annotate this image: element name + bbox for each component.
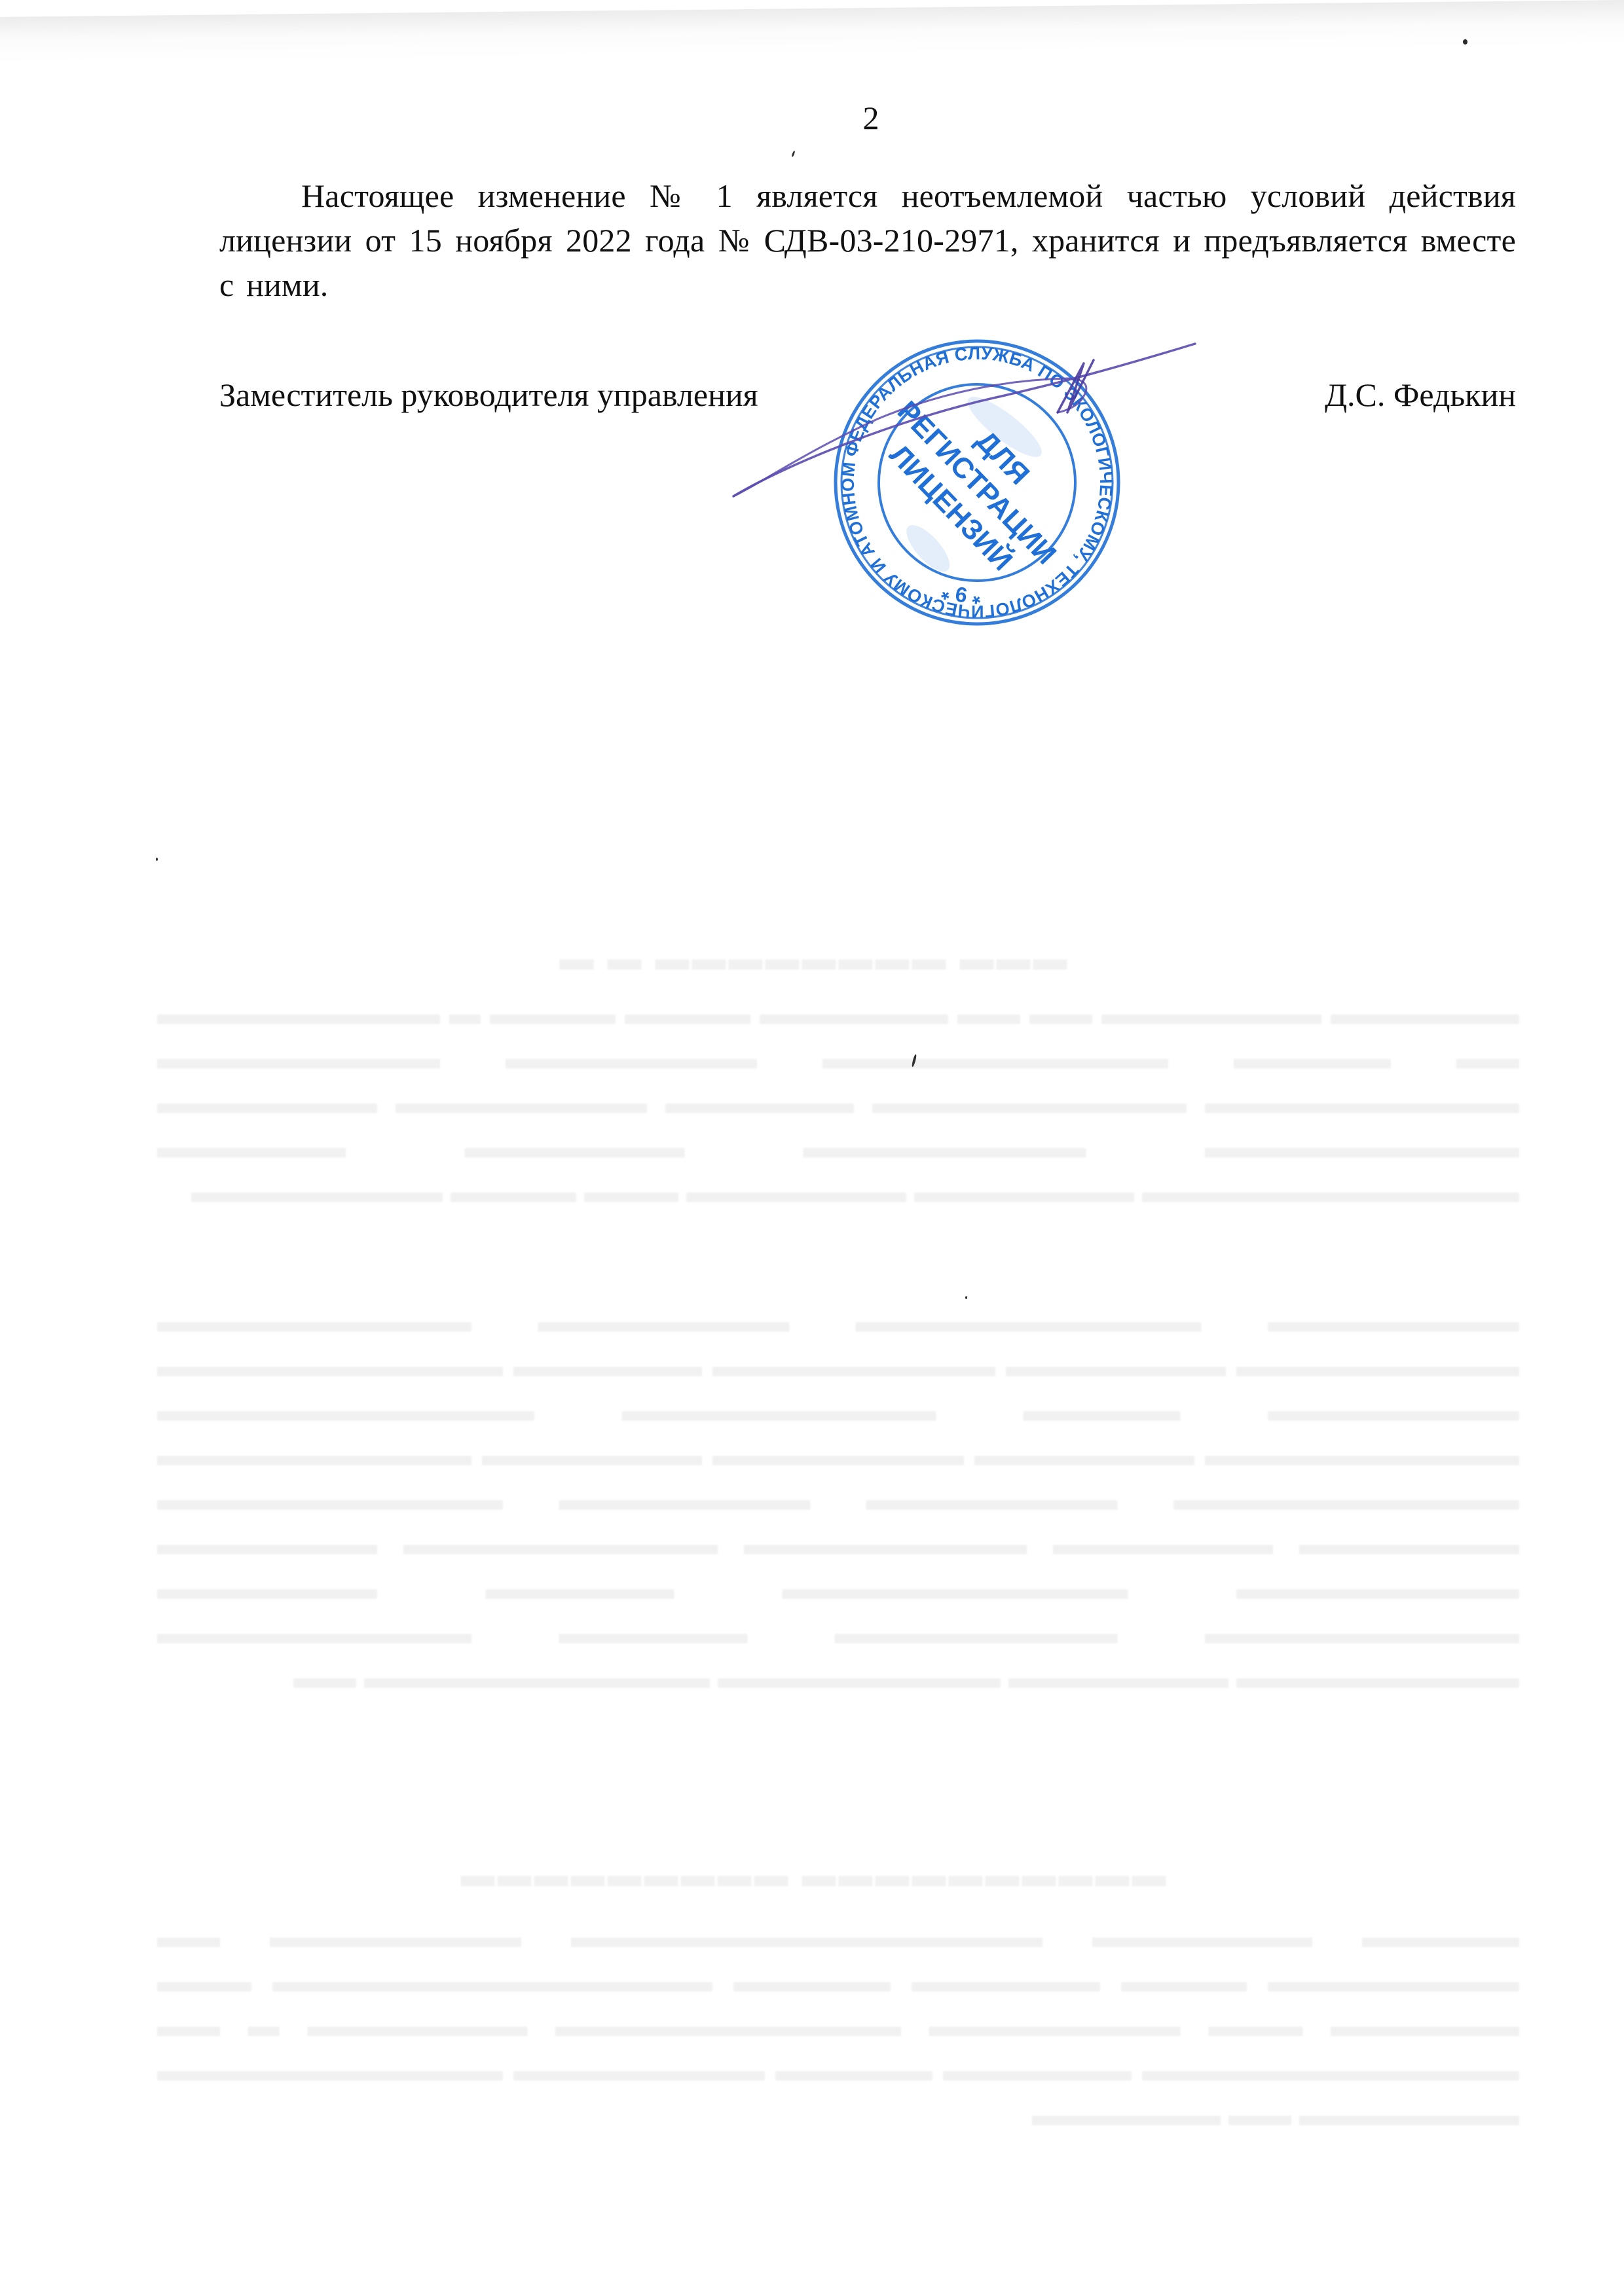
bleed-through-block: ▬▬▬▬▬▬ ▬▬▬▬▬▬▬ ▬▬ ▬▬ ▬▬▬▬▬▬ ▬▬▬▬ ▬▬▬▬ ▬ … — [157, 992, 1519, 1214]
scan-speck — [1463, 39, 1467, 45]
signer-name: Д.С. Федькин — [1325, 372, 1516, 418]
scan-speck — [911, 1054, 917, 1067]
bleed-through-heading: ▬▬▬▬▬▬▬▬▬▬ ▬▬▬▬▬▬▬▬▬ — [0, 1856, 1624, 1895]
page-number: 2 — [0, 98, 1624, 137]
scan-speck — [965, 1296, 967, 1299]
document-page: ▬▬▬ ▬▬▬▬▬▬▬▬ ▬ ▬ ▬▬▬▬▬▬ ▬▬▬▬▬▬▬ ▬▬ ▬▬ ▬▬… — [0, 0, 1624, 2296]
bleed-through-block: ▬▬▬▬▬▬▬▬ ▬▬▬▬▬▬▬▬▬▬▬ ▬▬▬▬▬▬▬▬ ▬▬▬▬▬▬▬▬▬▬… — [157, 1300, 1519, 1700]
bleed-through-heading: ▬▬▬ ▬▬▬▬▬▬▬▬ ▬ ▬ — [0, 939, 1624, 978]
bleed-through-block: ▬▬▬▬▬ ▬▬▬▬▬▬▬ ▬▬▬▬▬▬▬▬▬▬▬▬▬▬▬ ▬▬▬▬▬▬▬▬ ▬… — [157, 1915, 1519, 2138]
scan-shadow — [0, 0, 1624, 63]
scan-speck — [791, 151, 795, 157]
registration-stamp: ФЕДЕРАЛЬНАЯ СЛУЖБА ПО ЭКОЛОГИЧЕСКОМУ, ТЕ… — [826, 332, 1128, 633]
signer-position: Заместитель руководителя управления — [219, 372, 758, 418]
scan-speck — [156, 858, 158, 861]
stamp-bottom-text: * 9 * — [940, 580, 982, 609]
amendment-paragraph: Настоящее изменение № 1 является неотъем… — [219, 173, 1516, 307]
